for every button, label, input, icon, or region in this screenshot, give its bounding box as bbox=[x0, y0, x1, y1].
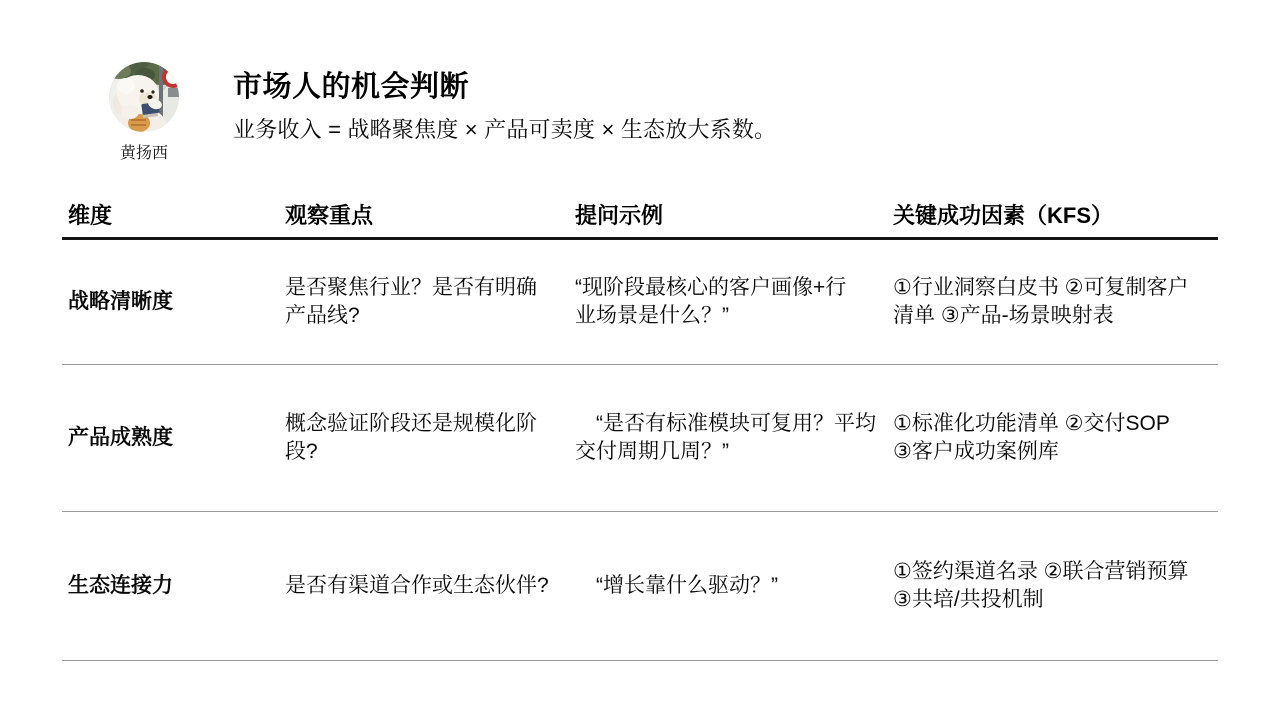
cell-question: “现阶段最核心的客户画像+行 业场景是什么？” bbox=[569, 274, 887, 329]
cell-question: “是否有标准模块可复用？平均 交付周期几周？” bbox=[569, 410, 887, 465]
cell-focus: 是否聚焦行业？是否有明确 产品线? bbox=[279, 274, 569, 329]
column-header-focus: 观察重点 bbox=[279, 199, 569, 230]
cell-dimension: 生态连接力 bbox=[62, 572, 279, 600]
avatar bbox=[109, 62, 179, 132]
table-row: 生态连接力 是否有渠道合作或生态伙伴? “增长靠什么驱动？” ①签约渠道名录 ②… bbox=[62, 512, 1218, 661]
cell-focus: 是否有渠道合作或生态伙伴? bbox=[279, 572, 569, 600]
column-header-question: 提问示例 bbox=[569, 199, 887, 230]
column-header-dimension: 维度 bbox=[62, 199, 279, 230]
page-title: 市场人的机会判断 bbox=[233, 71, 776, 104]
dog-avatar-image bbox=[109, 62, 179, 132]
cell-dimension: 产品成熟度 bbox=[62, 424, 279, 452]
table-header-row: 维度 观察重点 提问示例 关键成功因素（KFS） bbox=[62, 192, 1218, 240]
cell-kfs: ①签约渠道名录 ②联合营销预算 ③共培/共投机制 bbox=[887, 558, 1218, 613]
opportunity-table: 维度 观察重点 提问示例 关键成功因素（KFS） 战略清晰度 是否聚焦行业？是否… bbox=[62, 192, 1218, 661]
cell-focus: 概念验证阶段还是规模化阶 段? bbox=[279, 410, 569, 465]
profile: 黄扬西 bbox=[104, 62, 184, 163]
profile-name: 黄扬西 bbox=[104, 140, 184, 163]
table-row: 战略清晰度 是否聚焦行业？是否有明确 产品线? “现阶段最核心的客户画像+行 业… bbox=[62, 240, 1218, 365]
table-row: 产品成熟度 概念验证阶段还是规模化阶 段? “是否有标准模块可复用？平均 交付周… bbox=[62, 365, 1218, 512]
header-text: 市场人的机会判断 业务收入 = 战略聚焦度 × 产品可卖度 × 生态放大系数。 bbox=[233, 71, 776, 144]
cell-dimension: 战略清晰度 bbox=[62, 288, 279, 316]
slide: 黄扬西 市场人的机会判断 业务收入 = 战略聚焦度 × 产品可卖度 × 生态放大… bbox=[0, 0, 1280, 720]
column-header-kfs: 关键成功因素（KFS） bbox=[887, 199, 1218, 230]
page-subtitle: 业务收入 = 战略聚焦度 × 产品可卖度 × 生态放大系数。 bbox=[233, 113, 776, 144]
cell-kfs: ①行业洞察白皮书 ②可复制客户 清单 ③产品-场景映射表 bbox=[887, 274, 1218, 329]
cell-question: “增长靠什么驱动？” bbox=[569, 572, 887, 600]
cell-kfs: ①标准化功能清单 ②交付SOP ③客户成功案例库 bbox=[887, 410, 1218, 465]
